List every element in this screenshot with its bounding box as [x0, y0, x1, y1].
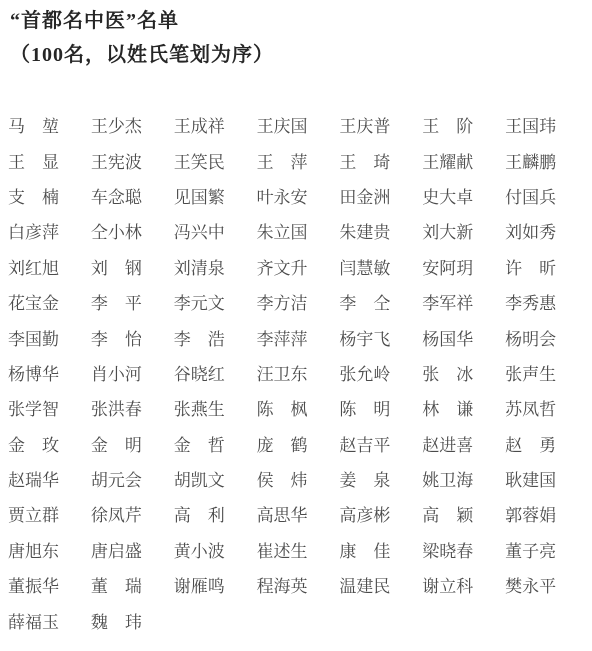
doctor-name: 胡元会 — [91, 466, 174, 491]
doctor-name: 崔述生 — [257, 537, 340, 562]
doctor-name: 赵吉平 — [339, 431, 422, 456]
doctor-name: 车念聪 — [91, 183, 174, 208]
page-title: “首都名中医”名单 — [10, 4, 274, 38]
doctor-name: 王国玮 — [505, 112, 588, 137]
doctor-name: 魏 玮 — [91, 608, 174, 633]
doctor-name: 李 仝 — [339, 289, 422, 314]
doctor-name: 王 显 — [8, 148, 91, 173]
doctor-name: 高思华 — [257, 501, 340, 526]
doctor-name: 谷晓红 — [174, 360, 257, 385]
doctor-name: 郭蓉娟 — [505, 501, 588, 526]
doctor-name: 樊永平 — [505, 572, 588, 597]
doctor-name: 林 谦 — [422, 395, 505, 420]
doctor-name: 安阿玥 — [422, 254, 505, 279]
doctor-name: 王 琦 — [339, 148, 422, 173]
doctor-name: 李 平 — [91, 289, 174, 314]
doctor-name: 董子亮 — [505, 537, 588, 562]
doctor-name: 赵进喜 — [422, 431, 505, 456]
doctor-name: 赵 勇 — [505, 431, 588, 456]
doctor-name: 王少杰 — [91, 112, 174, 137]
doctor-name: 黄小波 — [174, 537, 257, 562]
doctor-name: 高彦彬 — [339, 501, 422, 526]
doctor-name: 刘大新 — [422, 218, 505, 243]
doctor-name: 高 利 — [174, 501, 257, 526]
doctor-name: 见国繁 — [174, 183, 257, 208]
doctor-name: 梁晓春 — [422, 537, 505, 562]
doctor-name: 张燕生 — [174, 395, 257, 420]
doctor-name: 王庆普 — [339, 112, 422, 137]
doctor-name: 冯兴中 — [174, 218, 257, 243]
doctor-name: 李方洁 — [257, 289, 340, 314]
doctor-name: 王耀献 — [422, 148, 505, 173]
doctor-name: 姜 泉 — [339, 466, 422, 491]
doctor-name: 刘如秀 — [505, 218, 588, 243]
doctor-name: 花宝金 — [8, 289, 91, 314]
doctor-name: 耿建国 — [505, 466, 588, 491]
page-subtitle: （100名，以姓氏笔划为序） — [10, 38, 274, 72]
doctor-name: 王成祥 — [174, 112, 257, 137]
doctor-name: 王笑民 — [174, 148, 257, 173]
doctor-name: 陈 明 — [339, 395, 422, 420]
doctor-name: 张声生 — [505, 360, 588, 385]
doctor-name: 齐文升 — [257, 254, 340, 279]
doctor-name: 李国勤 — [8, 325, 91, 350]
doctor-name: 贾立群 — [8, 501, 91, 526]
doctor-name: 闫慧敏 — [339, 254, 422, 279]
doctor-name: 谢雁鸣 — [174, 572, 257, 597]
doctor-name: 唐启盛 — [91, 537, 174, 562]
doctor-name: 李 怡 — [91, 325, 174, 350]
doctor-name: 侯 炜 — [257, 466, 340, 491]
doctor-name: 支 楠 — [8, 183, 91, 208]
doctor-name: 康 佳 — [339, 537, 422, 562]
doctor-name: 胡凯文 — [174, 466, 257, 491]
doctor-name: 李军祥 — [422, 289, 505, 314]
doctor-name: 张洪春 — [91, 395, 174, 420]
doctor-name: 温建民 — [339, 572, 422, 597]
doctor-name: 董 瑞 — [91, 572, 174, 597]
doctor-name: 杨宇飞 — [339, 325, 422, 350]
doctor-name: 杨明会 — [505, 325, 588, 350]
doctor-name: 徐凤芹 — [91, 501, 174, 526]
doctor-name: 金 哲 — [174, 431, 257, 456]
doctor-name: 杨国华 — [422, 325, 505, 350]
doctor-name: 陈 枫 — [257, 395, 340, 420]
name-grid: 马 堃王少杰王成祥王庆国王庆普王 阶王国玮王 显王宪波王笑民王 萍王 琦王耀献王… — [8, 107, 588, 638]
doctor-name: 程海英 — [257, 572, 340, 597]
doctor-name: 马 堃 — [8, 112, 91, 137]
doctor-name: 仝小林 — [91, 218, 174, 243]
doctor-name: 李萍萍 — [257, 325, 340, 350]
doctor-name: 张 冰 — [422, 360, 505, 385]
doctor-name: 李秀惠 — [505, 289, 588, 314]
doctor-name: 张允岭 — [339, 360, 422, 385]
doctor-name: 刘 钢 — [91, 254, 174, 279]
doctor-name: 刘红旭 — [8, 254, 91, 279]
doctor-name: 史大卓 — [422, 183, 505, 208]
doctor-name: 王 萍 — [257, 148, 340, 173]
doctor-name: 谢立科 — [422, 572, 505, 597]
doctor-name: 朱建贵 — [339, 218, 422, 243]
doctor-name: 田金洲 — [339, 183, 422, 208]
doctor-name: 王宪波 — [91, 148, 174, 173]
doctor-name: 金 明 — [91, 431, 174, 456]
doctor-name: 薛福玉 — [8, 608, 91, 633]
doctor-name: 叶永安 — [257, 183, 340, 208]
doctor-name: 白彦萍 — [8, 218, 91, 243]
doctor-name: 赵瑞华 — [8, 466, 91, 491]
doctor-name: 王 阶 — [422, 112, 505, 137]
doctor-name: 许 昕 — [505, 254, 588, 279]
doctor-name: 朱立国 — [257, 218, 340, 243]
doctor-name: 苏凤哲 — [505, 395, 588, 420]
doctor-name: 李元文 — [174, 289, 257, 314]
document-page: “首都名中医”名单 （100名，以姓氏笔划为序） 马 堃王少杰王成祥王庆国王庆普… — [0, 0, 592, 651]
doctor-name: 李 浩 — [174, 325, 257, 350]
doctor-name: 刘清泉 — [174, 254, 257, 279]
doctor-name: 庞 鹤 — [257, 431, 340, 456]
doctor-name: 付国兵 — [505, 183, 588, 208]
doctor-name: 肖小河 — [91, 360, 174, 385]
doctor-name: 杨博华 — [8, 360, 91, 385]
doctor-name: 王麟鹏 — [505, 148, 588, 173]
doctor-name: 高 颖 — [422, 501, 505, 526]
doctor-name: 张学智 — [8, 395, 91, 420]
document-header: “首都名中医”名单 （100名，以姓氏笔划为序） — [10, 4, 274, 72]
doctor-name: 唐旭东 — [8, 537, 91, 562]
doctor-name: 姚卫海 — [422, 466, 505, 491]
doctor-name: 董振华 — [8, 572, 91, 597]
doctor-name: 王庆国 — [257, 112, 340, 137]
doctor-name: 金 玫 — [8, 431, 91, 456]
doctor-name: 汪卫东 — [257, 360, 340, 385]
